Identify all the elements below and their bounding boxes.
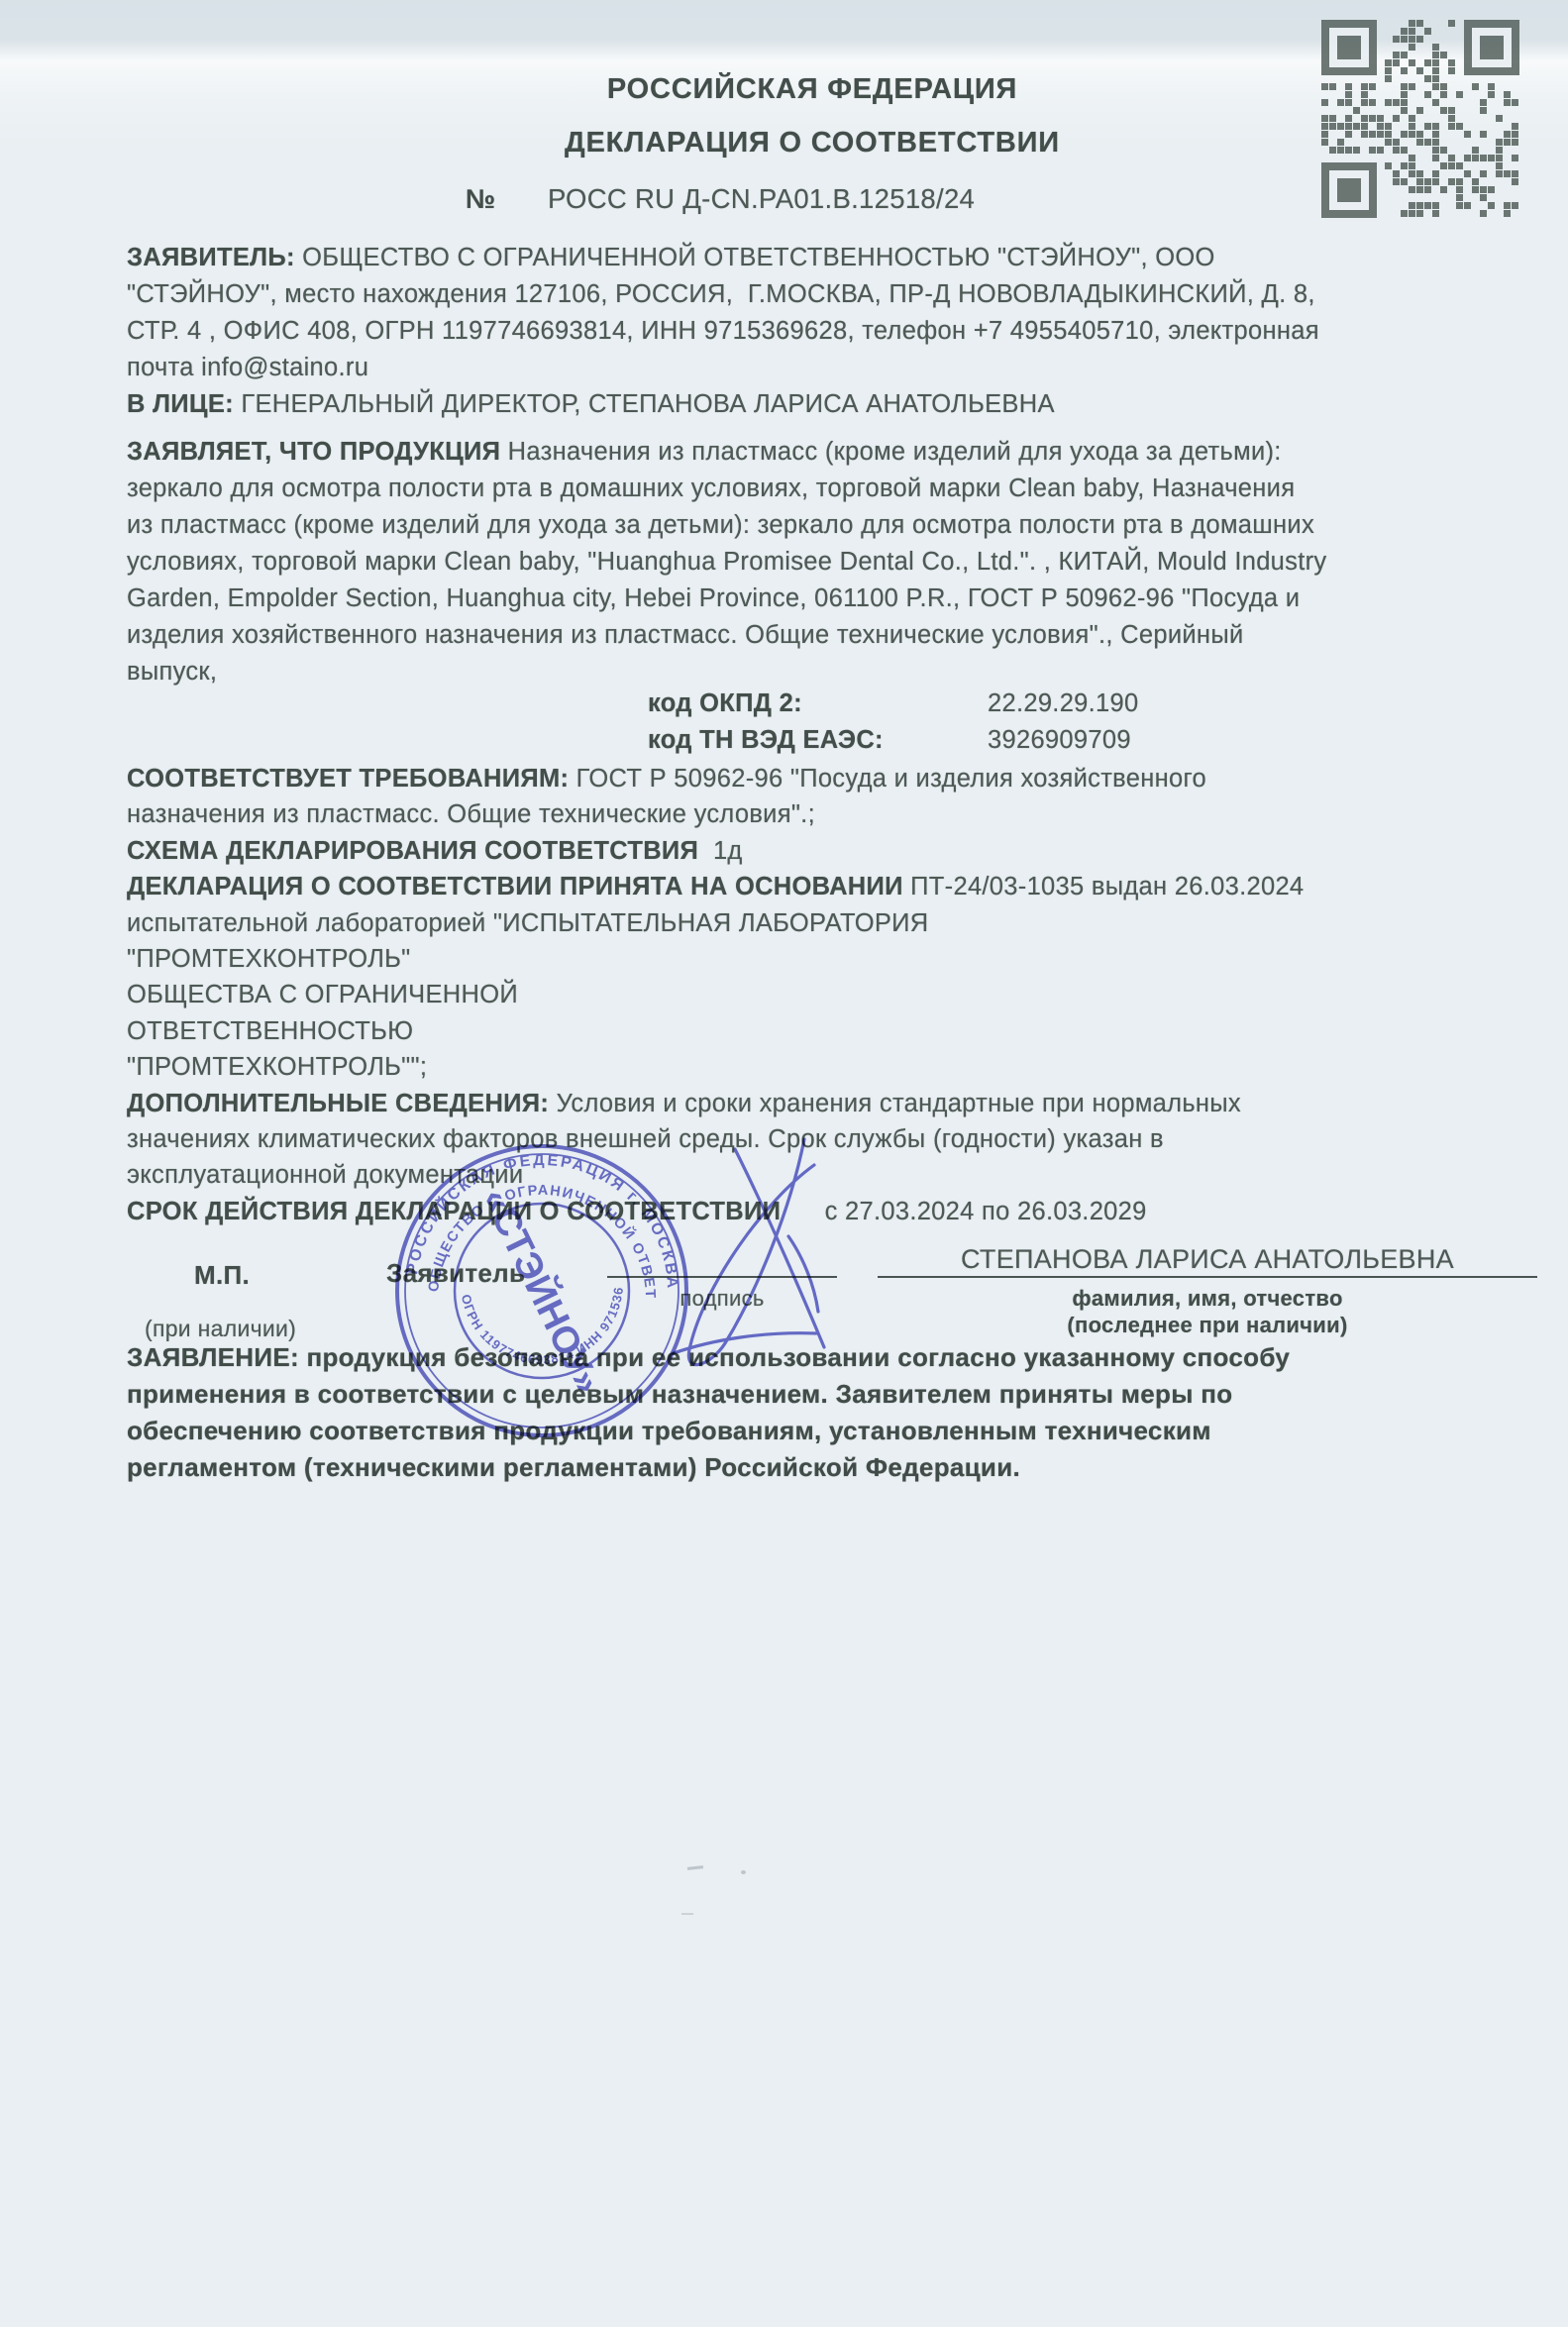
code-okpd-value: 22.29.29.190 xyxy=(988,689,1139,717)
signature-stroke xyxy=(674,1333,816,1353)
text-line: "ПРОМТЕХКОНТРОЛЬ" xyxy=(127,941,1304,977)
code-row-okpd: код ОКПД 2:22.29.29.190 xyxy=(127,686,1139,722)
text-line: назначения из пластмасс. Общие техническ… xyxy=(127,796,1304,832)
qr-code xyxy=(1319,20,1521,218)
text-line: из пластмасс (кроме изделий для ухода за… xyxy=(127,507,1326,544)
code-tnved-label: код ТН ВЭД ЕАЭС: xyxy=(648,722,988,759)
text-line: ДОПОЛНИТЕЛЬНЫЕ СВЕДЕНИЯ: Условия и сроки… xyxy=(127,1086,1304,1121)
name-caption-2: (последнее при наличии) xyxy=(878,1313,1537,1338)
text-line: почта info@staino.ru xyxy=(127,350,1319,386)
claimant-paragraph: ЗАЯВИТЕЛЬ: ОБЩЕСТВО С ОГРАНИЧЕННОЙ ОТВЕТ… xyxy=(127,240,1319,423)
scan-artifact xyxy=(741,1870,746,1874)
code-okpd-label: код ОКПД 2: xyxy=(648,686,988,722)
code-tnved-value: 3926909709 xyxy=(988,726,1131,754)
signatory-name: СТЕПАНОВА ЛАРИСА АНАТОЛЬЕВНА xyxy=(878,1244,1537,1275)
declaration-document: РОССИЙСКАЯ ФЕДЕРАЦИЯ ДЕКЛАРАЦИЯ О СООТВЕ… xyxy=(0,0,1568,2327)
text-line: Garden, Empolder Section, Huanghua city,… xyxy=(127,581,1326,617)
text-line: В ЛИЦЕ: ГЕНЕРАЛЬНЫЙ ДИРЕКТОР, СТЕПАНОВА … xyxy=(127,386,1319,423)
text-line: изделия хозяйственного назначения из пла… xyxy=(127,617,1326,654)
declaration-number-label: № xyxy=(466,184,495,215)
product-paragraph: ЗАЯВЛЯЕТ, ЧТО ПРОДУКЦИЯ Назначения из пл… xyxy=(127,434,1326,690)
text-line: ДЕКЛАРАЦИЯ О СООТВЕТСТВИИ ПРИНЯТА НА ОСН… xyxy=(127,869,1304,904)
name-caption: фамилия, имя, отчество xyxy=(878,1286,1537,1312)
text-line: испытательной лабораторией "ИСПЫТАТЕЛЬНА… xyxy=(127,905,1304,941)
text-line: ЗАЯВЛЯЕТ, ЧТО ПРОДУКЦИЯ Назначения из пл… xyxy=(127,434,1326,471)
text-line: регламентом (техническими регламентами) … xyxy=(127,1449,1290,1486)
text-line: условиях, торговой марки Clean baby, "Hu… xyxy=(127,544,1326,581)
text-line: СХЕМА ДЕКЛАРИРОВАНИЯ СООТВЕТСТВИЯ 1д xyxy=(127,833,1304,869)
scan-artifact xyxy=(681,1913,693,1915)
stamp-place-label: М.П. xyxy=(194,1260,250,1291)
text-line: ОТВЕТСТВЕННОСТЬЮ xyxy=(127,1013,1304,1049)
stamp-place-note: (при наличии) xyxy=(145,1316,296,1342)
code-row-tnved: код ТН ВЭД ЕАЭС:3926909709 xyxy=(127,722,1139,759)
text-line: ОБЩЕСТВА С ОГРАНИЧЕННОЙ xyxy=(127,977,1304,1012)
text-line: зеркало для осмотра полости рта в домашн… xyxy=(127,471,1326,507)
text-line: СТР. 4 , ОФИС 408, ОГРН 1197746693814, И… xyxy=(127,313,1319,350)
signature-stroke xyxy=(688,1139,814,1365)
signature xyxy=(555,1117,891,1405)
scan-artifact xyxy=(687,1865,703,1870)
text-line: "ПРОМТЕХКОНТРОЛЬ""; xyxy=(127,1049,1304,1085)
signature-stroke xyxy=(735,1149,824,1347)
text-line: обеспечению соответствия продукции требо… xyxy=(127,1413,1290,1449)
text-line: ЗАЯВИТЕЛЬ: ОБЩЕСТВО С ОГРАНИЧЕННОЙ ОТВЕТ… xyxy=(127,240,1319,276)
codes-block: код ОКПД 2:22.29.29.190 код ТН ВЭД ЕАЭС:… xyxy=(127,686,1139,759)
header-country: РОССИЙСКАЯ ФЕДЕРАЦИЯ xyxy=(127,73,1498,106)
declaration-number: РОСС RU Д-CN.РА01.В.12518/24 xyxy=(548,183,975,215)
text-line: "СТЭЙНОУ", место нахождения 127106, РОСС… xyxy=(127,276,1319,313)
page-title: ДЕКЛАРАЦИЯ О СООТВЕТСТВИИ xyxy=(127,127,1498,159)
name-line xyxy=(878,1276,1537,1278)
text-line: СООТВЕТСТВУЕТ ТРЕБОВАНИЯМ: ГОСТ Р 50962-… xyxy=(127,761,1304,796)
